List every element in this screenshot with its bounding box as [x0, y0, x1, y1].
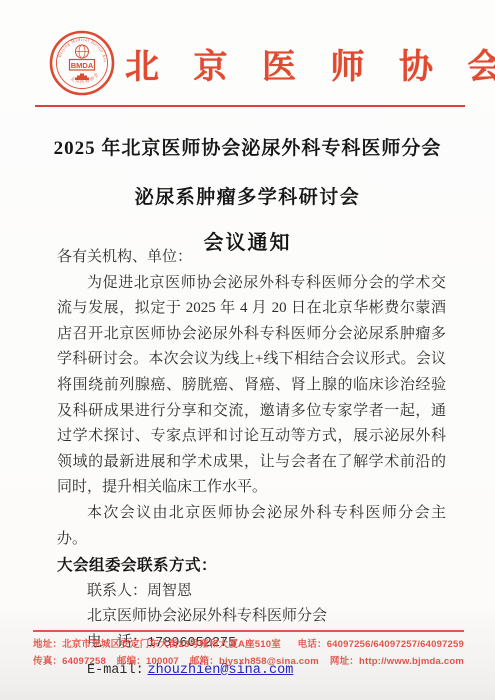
body-paragraph-2: 本次会议由北京医师协会泌尿外科专科医师分会主办。 [57, 501, 446, 552]
contact-person: 联系人：周智恩 [87, 579, 446, 605]
tel-label: 电话： [298, 639, 327, 650]
salutation: 各有关机构、单位： [57, 245, 446, 271]
footer-zip: 邮编：100007 [117, 653, 179, 670]
fax-label: 传真： [33, 656, 62, 667]
footer-address: 地址：北京市东城区安定门东大街28号雍和大厦A座510室 [33, 636, 281, 653]
footer-divider [33, 630, 464, 632]
contact-org: 北京医师协会泌尿外科专科医师分会 [87, 604, 446, 630]
document-page: Beijing Medical Doctor Association 北京医师协… [0, 0, 495, 700]
body-paragraph-1: 为促进北京医师协会泌尿外科专科医师分会的学术交流与发展，拟定于 2025 年 4… [57, 271, 446, 501]
zip-label: 邮编： [117, 656, 146, 667]
footer-website: 网址：http://www.bjmda.com [330, 653, 464, 670]
footer-tel: 电话：64097256/64097257/64097259 [298, 636, 464, 653]
footer-row-2: 传真：64097258 邮编：100007 邮箱：bjysxh858@sina.… [33, 653, 464, 670]
svg-text:BMDA: BMDA [71, 61, 94, 70]
mailbox-value: bjysxh858@sina.com [219, 656, 319, 667]
header-divider [35, 105, 465, 107]
title-line-1: 2025 年北京医师协会泌尿外科专科医师分会 [0, 133, 495, 160]
document-title: 2025 年北京医师协会泌尿外科专科医师分会 泌尿系肿瘤多学科研讨会 会议通知 [0, 133, 495, 255]
footer: 地址：北京市东城区安定门东大街28号雍和大厦A座510室 电话：64097256… [33, 636, 464, 670]
address-label: 地址： [33, 639, 62, 650]
footer-row-1: 地址：北京市东城区安定门东大街28号雍和大厦A座510室 电话：64097256… [33, 636, 464, 653]
contact-section-heading: 大会组委会联系方式： [57, 553, 446, 579]
title-line-2: 泌尿系肿瘤多学科研讨会 [0, 182, 495, 209]
org-name: 北 京 医 师 协 会 [115, 39, 495, 88]
zip-value: 100007 [146, 656, 179, 667]
document-body: 各有关机构、单位： 为促进北京医师协会泌尿外科专科医师分会的学术交流与发展，拟定… [57, 245, 446, 683]
mailbox-label: 邮箱： [190, 656, 219, 667]
bmda-logo-icon: Beijing Medical Doctor Association 北京医师协… [49, 30, 115, 96]
web-value: http://www.bjmda.com [359, 656, 464, 667]
tel-value: 64097256/64097257/64097259 [327, 639, 464, 650]
fax-value: 64097258 [62, 656, 106, 667]
footer-fax: 传真：64097258 [33, 653, 106, 670]
web-label: 网址： [330, 656, 359, 667]
address-value: 北京市东城区安定门东大街28号雍和大厦A座510室 [62, 639, 281, 650]
footer-mailbox: 邮箱：bjysxh858@sina.com [190, 653, 319, 670]
letterhead: Beijing Medical Doctor Association 北京医师协… [35, 30, 464, 96]
